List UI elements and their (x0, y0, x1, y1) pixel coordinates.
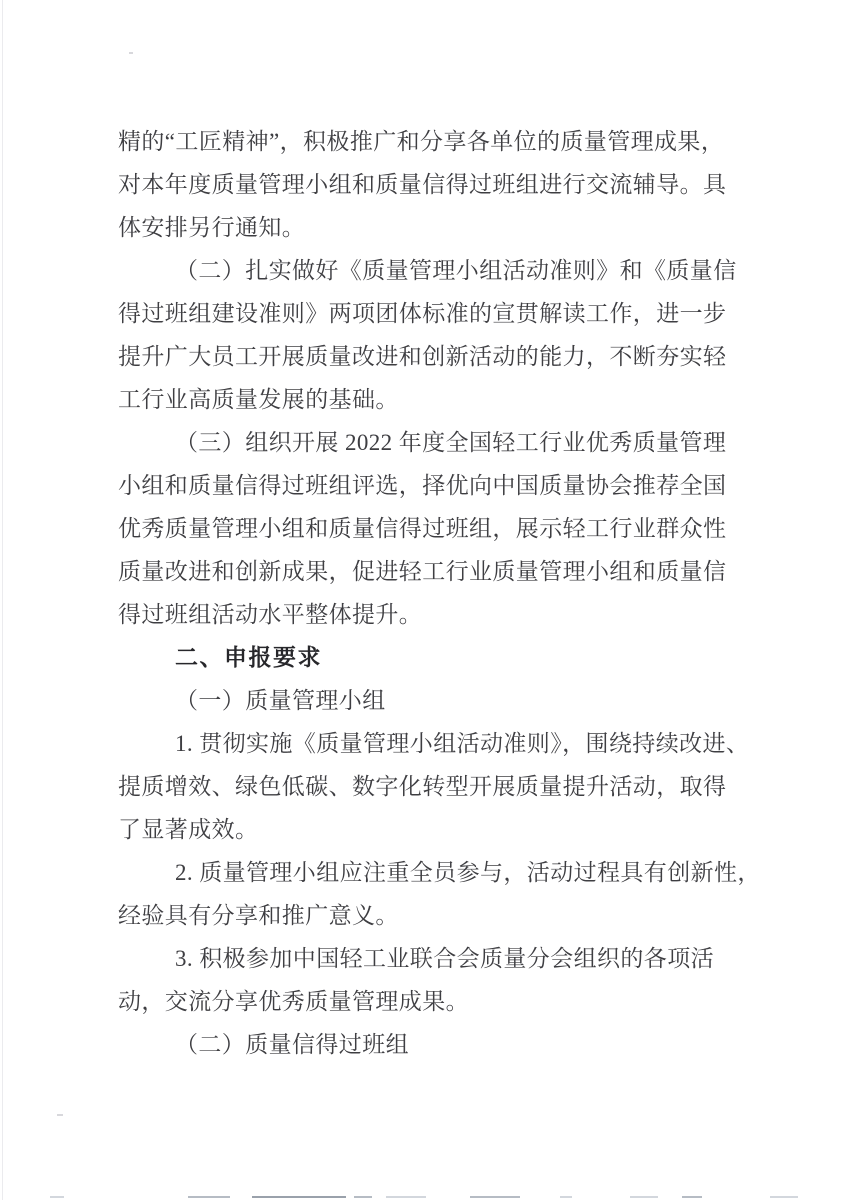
scan-speck (57, 1114, 63, 1116)
text-line: 2. 质量管理小组应注重全员参与，活动过程具有创新性， (118, 851, 734, 894)
section-heading: 二、申报要求 (118, 636, 734, 679)
text-line: 经验具有分享和推广意义。 (118, 894, 734, 937)
text-line: 3. 积极参加中国轻工业联合会质量分会组织的各项活 (118, 937, 734, 980)
document-body: 精的“工匠精神”，积极推广和分享各单位的质量管理成果， 对本年度质量管理小组和质… (118, 120, 734, 1066)
scan-bottom-artifact (386, 1196, 426, 1198)
text-line: 质量改进和创新成果，促进轻工行业质量管理小组和质量信 (118, 550, 734, 593)
document-page: 精的“工匠精神”，积极推广和分享各单位的质量管理成果， 对本年度质量管理小组和质… (0, 0, 841, 1200)
text-line: 精的“工匠精神”，积极推广和分享各单位的质量管理成果， (118, 120, 734, 163)
text-line: 动，交流分享优秀质量管理成果。 (118, 980, 734, 1023)
text-line: 1. 贯彻实施《质量管理小组活动准则》，围绕持续改进、 (118, 722, 734, 765)
scan-bottom-artifact (354, 1196, 372, 1198)
scan-bottom-artifact (560, 1196, 572, 1198)
scan-bottom-artifact (188, 1196, 230, 1198)
scan-bottom-artifact (682, 1196, 702, 1198)
text-line: 对本年度质量管理小组和质量信得过班组进行交流辅导。具 (118, 163, 734, 206)
scan-speck (129, 52, 133, 54)
scan-edge-artifact (2, 0, 3, 1200)
text-line: 得过班组活动水平整体提升。 (118, 593, 734, 636)
text-line: 得过班组建设准则》两项团体标准的宣贯解读工作，进一步 (118, 292, 734, 335)
text-line: 体安排另行通知。 (118, 206, 734, 249)
scan-bottom-artifact (630, 1196, 658, 1198)
text-line: 了显著成效。 (118, 808, 734, 851)
scan-bottom-artifact (770, 1196, 798, 1198)
scan-bottom-artifact (50, 1196, 64, 1198)
text-line: 优秀质量管理小组和质量信得过班组，展示轻工行业群众性 (118, 507, 734, 550)
text-line: 小组和质量信得过班组评选，择优向中国质量协会推荐全国 (118, 464, 734, 507)
scan-bottom-artifact (470, 1196, 520, 1198)
text-line: 提质增效、绿色低碳、数字化转型开展质量提升活动，取得 (118, 765, 734, 808)
text-line: 工行业高质量发展的基础。 (118, 378, 734, 421)
sub-heading: （一）质量管理小组 (118, 679, 734, 722)
text-line: （二）扎实做好《质量管理小组活动准则》和《质量信 (118, 249, 734, 292)
text-line: 提升广大员工开展质量改进和创新活动的能力，不断夯实轻 (118, 335, 734, 378)
scan-bottom-artifact (252, 1196, 346, 1198)
sub-heading: （二）质量信得过班组 (118, 1023, 734, 1066)
text-line: （三）组织开展 2022 年度全国轻工行业优秀质量管理 (118, 421, 734, 464)
